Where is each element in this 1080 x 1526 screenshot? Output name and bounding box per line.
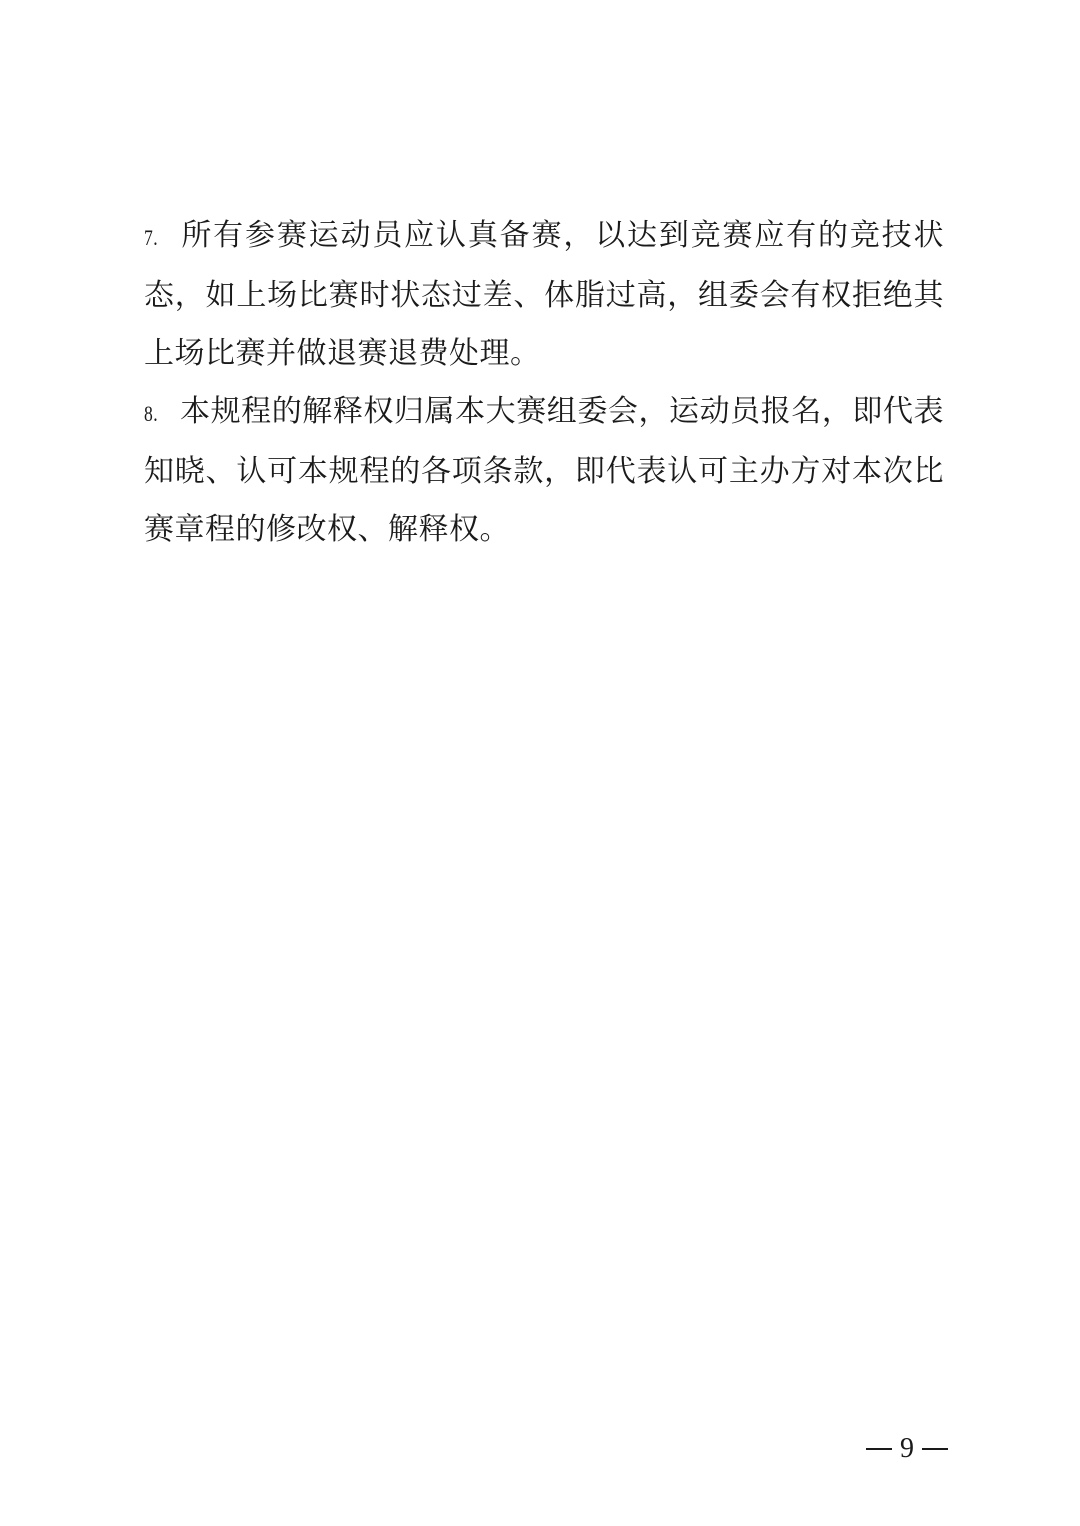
clause-8: 8.本规程的解释权归属本大赛组委会，运动员报名，即代表知晓、认可本规程的各项条款… <box>144 383 944 559</box>
clause-text: 所有参赛运动员应认真备赛，以达到竞赛应有的竞技状态，如上场比赛时状态过差、体脂过… <box>144 218 944 371</box>
page-number: 9 <box>900 1433 914 1465</box>
page-footer: 9 <box>866 1433 948 1465</box>
clause-number: 8. <box>144 385 162 443</box>
clause-text: 本规程的解释权归属本大赛组委会，运动员报名，即代表知晓、认可本规程的各项条款，即… <box>144 394 944 547</box>
document-page: 7.所有参赛运动员应认真备赛，以达到竞赛应有的竞技状态，如上场比赛时状态过差、体… <box>0 0 1080 1526</box>
clause-number: 7. <box>144 209 162 267</box>
clause-7: 7.所有参赛运动员应认真备赛，以达到竞赛应有的竞技状态，如上场比赛时状态过差、体… <box>144 207 944 383</box>
document-body: 7.所有参赛运动员应认真备赛，以达到竞赛应有的竞技状态，如上场比赛时状态过差、体… <box>144 207 944 559</box>
dash-left <box>866 1448 892 1450</box>
dash-right <box>922 1448 948 1450</box>
